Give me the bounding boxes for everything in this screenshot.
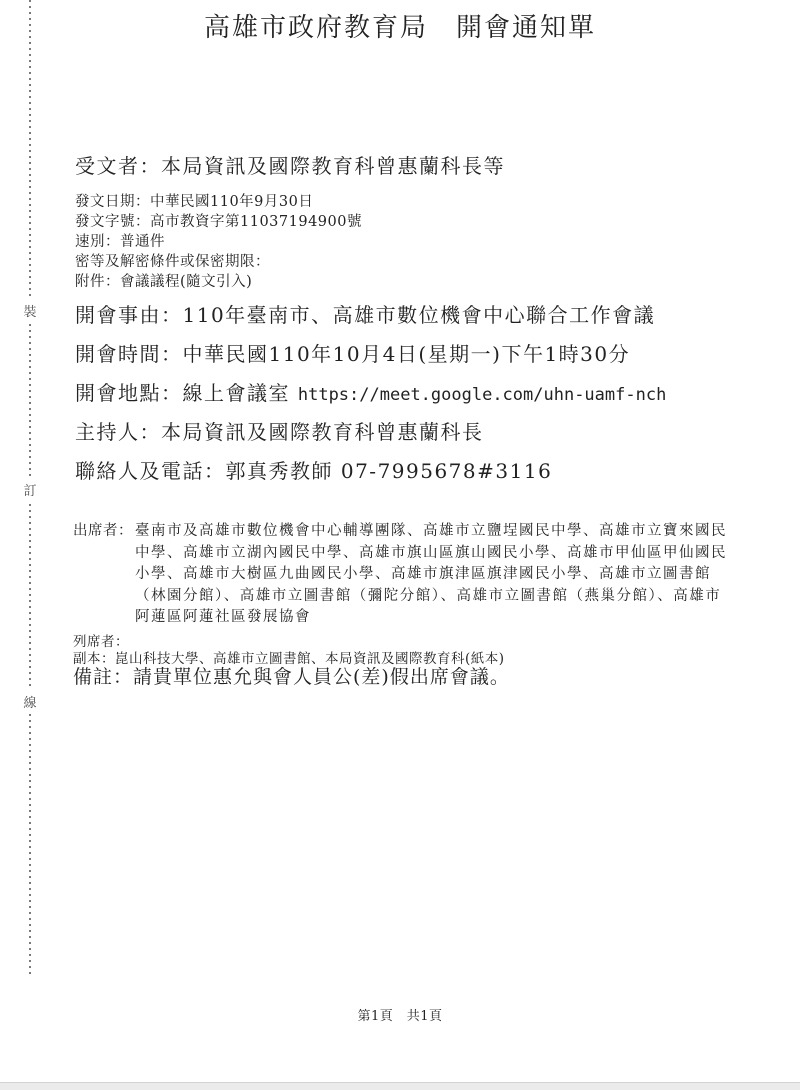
remark-value: 請貴單位惠允與會人員公(差)假出席會議。 [133,666,510,688]
doc-number-label: 發文字號： [75,214,150,230]
meeting-time-line: 開會時間：中華民國110年10月4日(星期一)下午1時30分 [75,335,666,374]
binding-mark-xian: 線 [22,689,38,714]
doc-number-value: 高市教資字第11037194900號 [150,214,362,230]
security-line: 密等及解密條件或保密期限： [75,252,362,272]
attachment-line: 附件：會議議程(隨文引入) [75,272,362,292]
meeting-contact-label: 聯絡人及電話： [75,459,226,483]
meeting-info-block: 開會事由：110年臺南市、高雄市數位機會中心聯合工作會議 開會時間：中華民國11… [75,296,666,491]
attendees-label: 出席者： [73,521,135,543]
page-number-footer: 第1頁 共1頁 [0,1005,800,1024]
attendees-value: 臺南市及高雄市數位機會中心輔導團隊、高雄市立鹽埕國民中學、高雄市立寶來國民中學、… [135,523,727,625]
binding-mark-ding: 訂 [22,477,38,502]
attachment-value: 會議議程(隨文引入) [120,274,252,290]
issue-date-value: 中華民國110年9月30日 [150,194,313,210]
priority-line: 速別：普通件 [75,232,362,252]
security-label: 密等及解密條件或保密期限： [75,254,270,270]
meeting-subject-label: 開會事由： [75,303,183,327]
meeting-host-label: 主持人： [75,420,161,444]
meeting-host-value: 本局資訊及國際教育科曾惠蘭科長 [161,420,484,444]
meeting-place-line: 開會地點：線上會議室 https://meet.google.com/uhn-u… [75,374,666,413]
meeting-contact-value: 郭真秀教師 07-7995678#3116 [226,459,553,483]
issue-date-line: 發文日期：中華民國110年9月30日 [75,192,362,212]
doc-number-line: 發文字號：高市教資字第11037194900號 [75,212,362,232]
priority-label: 速別： [75,234,120,250]
meeting-subject-line: 開會事由：110年臺南市、高雄市數位機會中心聯合工作會議 [75,296,666,335]
meeting-host-line: 主持人：本局資訊及國際教育科曾惠蘭科長 [75,413,666,452]
recipient-line: 受文者：本局資訊及國際教育科曾惠蘭科長等 [75,150,505,179]
meta-block: 發文日期：中華民國110年9月30日 發文字號：高市教資字第1103719490… [75,192,362,292]
issue-date-label: 發文日期： [75,194,150,210]
binding-mark-zhuang: 裝 [22,298,38,323]
attachment-label: 附件： [75,274,120,290]
meeting-time-label: 開會時間： [75,342,183,366]
priority-value: 普通件 [120,234,165,250]
meeting-time-value: 中華民國110年10月4日(星期一)下午1時30分 [183,342,631,366]
meeting-place-label: 開會地點： [75,381,183,405]
recipient-label: 受文者： [75,154,161,178]
attendees-block: 出席者：臺南市及高雄市數位機會中心輔導團隊、高雄市立鹽埕國民中學、高雄市立寶來國… [73,521,727,629]
page-bottom-edge [0,1082,800,1090]
meeting-url: https://meet.google.com/uhn-uamf-nch [298,385,666,405]
remark-line: 備註：請貴單位惠允與會人員公(差)假出席會議。 [73,662,510,689]
document-title: 高雄市政府教育局 開會通知單 [0,7,800,44]
recipient-value: 本局資訊及國際教育科曾惠蘭科長等 [161,154,505,178]
meeting-subject-value: 110年臺南市、高雄市數位機會中心聯合工作會議 [183,303,656,327]
meeting-notice-document: 裝 訂 線 高雄市政府教育局 開會通知單 受文者：本局資訊及國際教育科曾惠蘭科長… [0,0,800,1090]
meeting-contact-line: 聯絡人及電話：郭真秀教師 07-7995678#3116 [75,452,666,491]
meeting-place-value: 線上會議室 [183,381,298,405]
remark-label: 備註： [73,666,133,688]
